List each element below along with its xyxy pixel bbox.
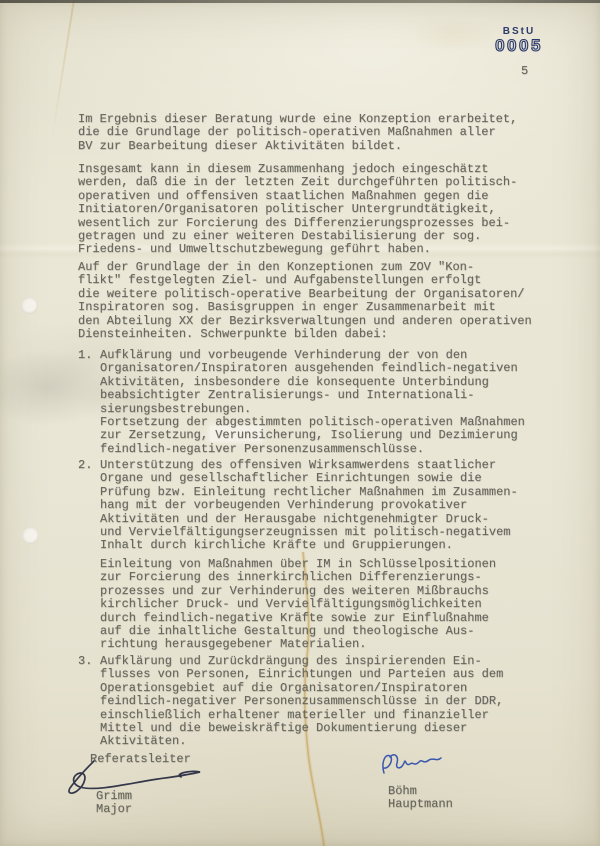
paragraph-1-text: Im Ergebnis dieser Beratung wurde eine K… [78, 113, 517, 153]
signature-right-names: Böhm Hauptmann [388, 785, 453, 812]
list-item-2-continued-number [78, 558, 100, 652]
list-item-1: 1. Aufklärung und vorbeugende Verhinderu… [78, 349, 525, 456]
paragraph-2-text: Insgesamt kann in diesem Zusammenhang je… [78, 163, 517, 257]
list-item-2-text: Unterstützung des offensiven Wirksamwerd… [100, 459, 518, 553]
signature-left-rank: Major [96, 803, 132, 816]
list-item-3-text: Aufklärung und Zurückdrängung des inspir… [100, 655, 503, 749]
punch-hole-top [21, 297, 38, 314]
signature-right-rank: Hauptmann [388, 798, 453, 811]
paragraph-3: Auf der Grundlage der in den Konzeptione… [78, 261, 532, 341]
scanned-document-page: BStU 0005 5 Im Ergebnis dieser Beratung … [0, 0, 600, 846]
list-item-3: 3. Aufklärung und Zurückdrängung des ins… [78, 655, 503, 749]
punch-hole-bottom [22, 527, 39, 544]
list-item-3-number: 3. [78, 655, 100, 749]
signature-handwritten-grimm [58, 758, 213, 798]
scan-edge-shadow [0, 0, 600, 3]
list-item-2-continued: Einleitung von Maßnahmen über IM in Schl… [78, 558, 496, 652]
list-item-2: 2. Unterstützung des offensiven Wirksamw… [78, 459, 518, 553]
list-item-1-number: 1. [78, 349, 100, 456]
signature-handwritten-boehm [376, 748, 456, 780]
list-item-2-number: 2. [78, 459, 100, 553]
list-item-2-continued-text: Einleitung von Maßnahmen über IM in Schl… [100, 558, 496, 652]
paragraph-2: Insgesamt kann in diesem Zusammenhang je… [78, 163, 517, 257]
crease-top-left [50, 0, 75, 143]
archive-stamp-number: 0005 [487, 37, 551, 55]
paragraph-1: Im Ergebnis dieser Beratung wurde eine K… [78, 113, 517, 153]
list-item-1-text: Aufklärung und vorbeugende Verhinderung … [100, 349, 525, 456]
archive-stamp: BStU 0005 [487, 26, 551, 55]
paragraph-3-text: Auf der Grundlage der in den Konzeptione… [78, 261, 532, 341]
page-number: 5 [521, 65, 528, 78]
